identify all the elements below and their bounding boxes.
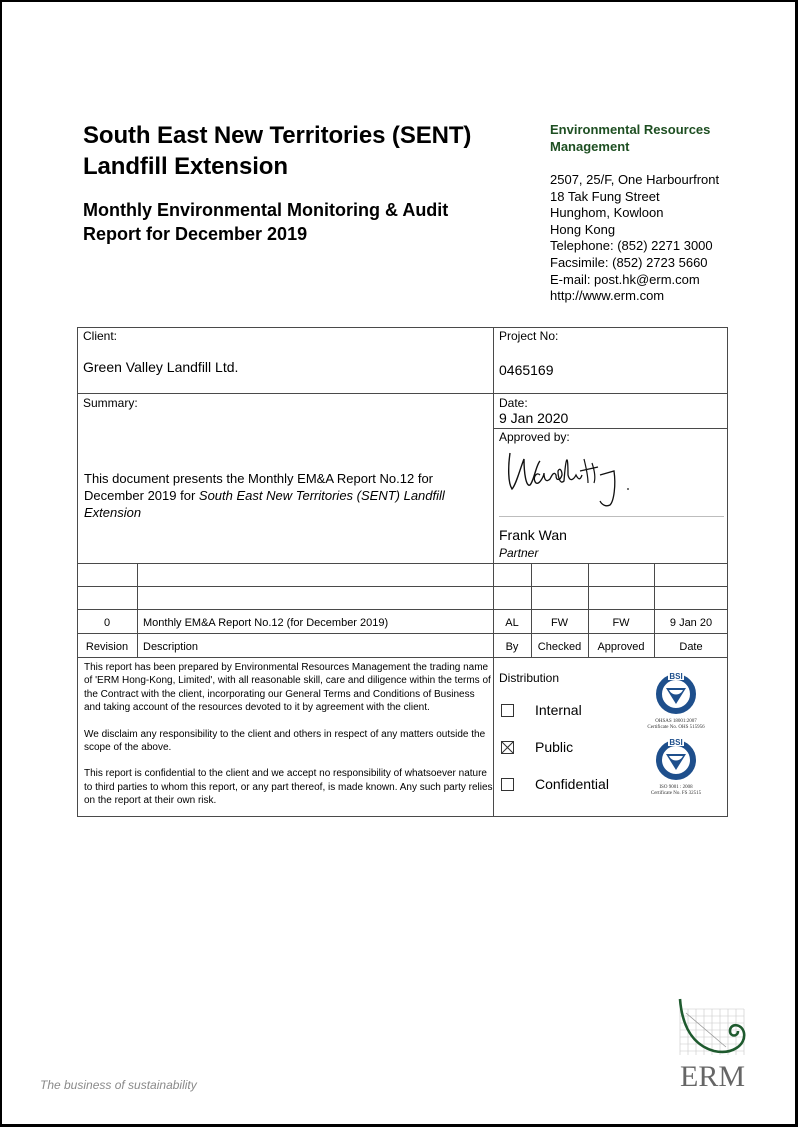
erm-logo-text: ERM xyxy=(680,1060,745,1094)
cert-caption: Certificate No. FS 32515 xyxy=(631,791,721,797)
header-revision: Revision xyxy=(77,641,137,653)
svg-text:BSI: BSI xyxy=(669,738,682,747)
table-border xyxy=(77,327,78,817)
date-value: 9 Jan 2020 xyxy=(499,410,568,426)
company-address: 2507, 25/F, One Harbourfront 18 Tak Fung… xyxy=(550,172,719,305)
client-label: Client: xyxy=(83,329,117,343)
row-divider xyxy=(77,586,728,587)
bsi-logo-icon: BSI xyxy=(654,736,698,780)
address-line: 18 Tak Fung Street xyxy=(550,189,719,206)
checkbox-public[interactable] xyxy=(501,741,514,754)
company-name-line: Management xyxy=(550,138,710,155)
disclaimer-paragraph: This report has been prepared by Environ… xyxy=(84,661,494,715)
address-line: 2507, 25/F, One Harbourfront xyxy=(550,172,719,189)
distribution-confidential-label: Confidential xyxy=(535,776,609,792)
revision-description: Monthly EM&A Report No.12 (for December … xyxy=(143,617,388,629)
row-divider xyxy=(77,609,728,610)
distribution-internal-label: Internal xyxy=(535,702,582,718)
client-value: Green Valley Landfill Ltd. xyxy=(83,359,238,375)
facsimile: Facsimile: (852) 2723 5660 xyxy=(550,255,719,272)
summary-label: Summary: xyxy=(83,396,138,410)
report-subtitle-line: Report for December 2019 xyxy=(83,222,448,246)
bsi-logo-icon: BSI xyxy=(654,670,698,714)
cert-caption: Certificate No. OHS 515956 xyxy=(631,725,721,731)
revision-checked: FW xyxy=(531,617,588,629)
checkbox-internal[interactable] xyxy=(501,704,514,717)
svg-text:BSI: BSI xyxy=(669,672,682,681)
report-subtitle-line: Monthly Environmental Monitoring & Audit xyxy=(83,198,448,222)
address-line: Hunghom, Kowloon xyxy=(550,205,719,222)
header-description: Description xyxy=(143,641,198,653)
signature-image xyxy=(502,445,642,517)
document-control-table: Client: Green Valley Landfill Ltd. Proje… xyxy=(77,327,728,817)
check-x-icon xyxy=(502,742,513,753)
disclaimer-paragraph: This report is confidential to the clien… xyxy=(84,767,494,807)
summary-text: This document presents the Monthly EM&A … xyxy=(84,470,484,521)
distribution-public-label: Public xyxy=(535,739,573,755)
project-value: 0465169 xyxy=(499,362,554,378)
address-line: Hong Kong xyxy=(550,222,719,239)
revision-by: AL xyxy=(493,617,531,629)
signature-line xyxy=(499,516,724,517)
website-link[interactable]: http://www.erm.com xyxy=(550,288,719,305)
telephone: Telephone: (852) 2271 3000 xyxy=(550,238,719,255)
report-title: South East New Territories (SENT) Landfi… xyxy=(83,120,471,182)
disclaimer-paragraph: We disclaim any responsibility to the cl… xyxy=(84,728,494,755)
email-link[interactable]: E-mail: post.hk@erm.com xyxy=(550,272,719,289)
approver-name: Frank Wan xyxy=(499,527,567,543)
header-approved: Approved xyxy=(588,641,654,653)
row-divider xyxy=(77,633,728,634)
bsi-certification-iso: BSI ISO 9001 : 2008 Certificate No. FS 3… xyxy=(631,736,721,797)
company-name-line: Environmental Resources xyxy=(550,121,710,138)
revision-approved: FW xyxy=(588,617,654,629)
bsi-certification-ohsas: BSI OHSAS 18001:2007 Certificate No. OHS… xyxy=(631,670,721,731)
revision-date: 9 Jan 20 xyxy=(654,617,728,629)
footer-tagline: The business of sustainability xyxy=(40,1078,197,1092)
row-divider xyxy=(77,657,728,658)
revision-number: 0 xyxy=(77,617,137,629)
report-subtitle: Monthly Environmental Monitoring & Audit… xyxy=(83,198,448,246)
table-border xyxy=(77,327,728,328)
company-name: Environmental Resources Management xyxy=(550,121,710,155)
report-title-line: South East New Territories (SENT) xyxy=(83,120,471,151)
header-date: Date xyxy=(654,641,728,653)
row-divider xyxy=(77,393,728,394)
date-label: Date: xyxy=(499,396,528,410)
header-checked: Checked xyxy=(531,641,588,653)
distribution-label: Distribution xyxy=(499,671,559,685)
project-label: Project No: xyxy=(499,329,558,343)
table-border xyxy=(727,327,728,817)
checkbox-confidential[interactable] xyxy=(501,778,514,791)
approved-label: Approved by: xyxy=(499,430,570,444)
approver-title: Partner xyxy=(499,546,538,560)
row-divider xyxy=(77,563,728,564)
row-divider xyxy=(493,428,728,429)
header-by: By xyxy=(493,641,531,653)
disclaimer: This report has been prepared by Environ… xyxy=(84,661,494,821)
column-divider xyxy=(137,563,138,657)
report-title-line: Landfill Extension xyxy=(83,151,471,182)
